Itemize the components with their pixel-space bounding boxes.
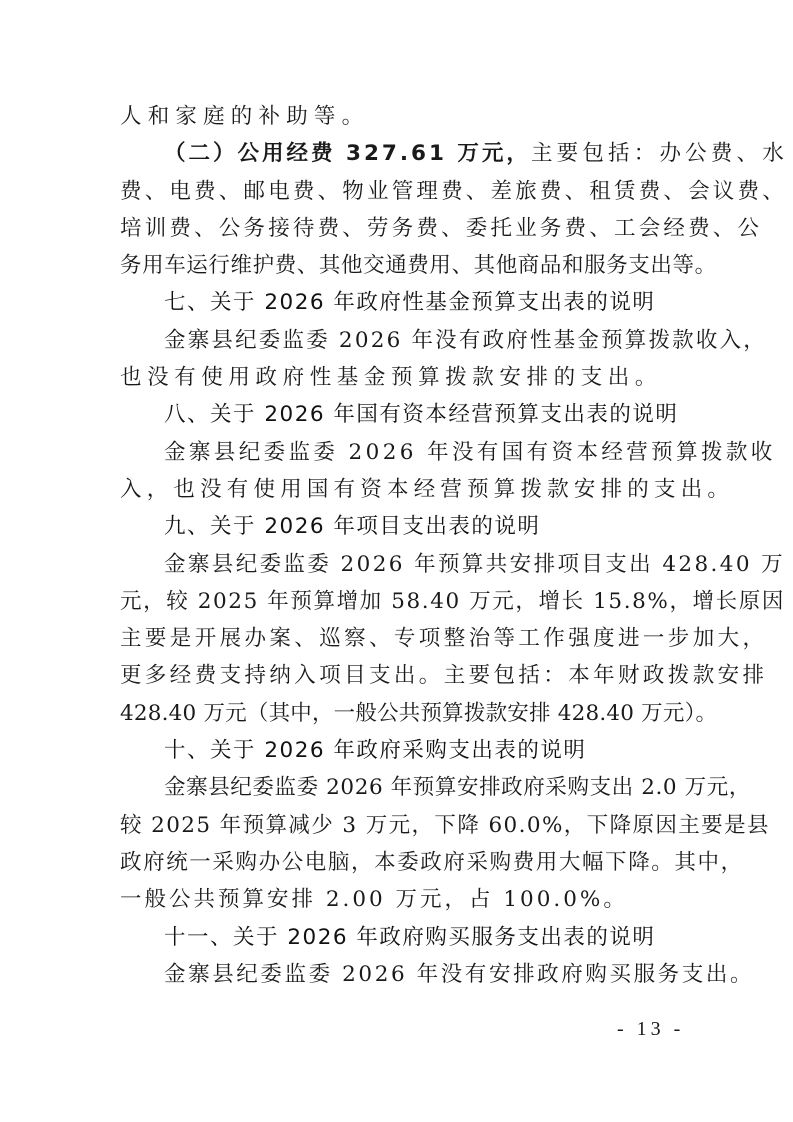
paragraph-line: 政府统一采购办公电脑，本委政府采购费用大幅下降。其中， [120, 844, 676, 881]
section-heading-11: 十一、关于 2026 年政府购买服务支出表的说明 [120, 919, 676, 956]
paragraph-line: 人和家庭的补助等。 [120, 98, 676, 135]
section-heading-8: 八、关于 2026 年国有资本经营预算支出表的说明 [120, 396, 676, 433]
paragraph-text: 主要包括：办公费、水 [531, 141, 788, 166]
paragraph-line: 主要是开展办案、巡察、专项整治等工作强度进一步加大， [120, 620, 676, 657]
section-heading-9: 九、关于 2026 年项目支出表的说明 [120, 508, 676, 545]
paragraph-line: 金寨县纪委监委 2026 年没有安排政府购买服务支出。 [120, 956, 676, 993]
paragraph-line: （二）公用经费 327.61 万元，主要包括：办公费、水 [120, 135, 676, 172]
paragraph-line: 金寨县纪委监委 2026 年预算安排政府采购支出 2.0 万元， [120, 769, 676, 806]
paragraph-line: 务用车运行维护费、其他交通费用、其他商品和服务支出等。 [120, 247, 676, 284]
paragraph-line: 金寨县纪委监委 2026 年预算共安排项目支出 428.40 万 [120, 546, 676, 583]
section-heading-7: 七、关于 2026 年政府性基金预算支出表的说明 [120, 284, 676, 321]
paragraph-line: 一般公共预算安排 2.00 万元，占 100.0%。 [120, 881, 676, 918]
subsection-title: （二）公用经费 327.61 万元， [164, 141, 531, 166]
paragraph-line: 428.40 万元（其中，一般公共预算拨款安排 428.40 万元）。 [120, 695, 676, 732]
paragraph-line: 元，较 2025 年预算增加 58.40 万元，增长 15.8%，增长原因 [120, 583, 676, 620]
paragraph-line: 金寨县纪委监委 2026 年没有政府性基金预算拨款收入， [120, 322, 676, 359]
paragraph-line: 较 2025 年预算减少 3 万元，下降 60.0%，下降原因主要是县 [120, 807, 676, 844]
page-number: - 13 - [617, 1018, 684, 1041]
paragraph-line: 更多经费支持纳入项目支出。主要包括：本年财政拨款安排 [120, 657, 676, 694]
paragraph-line: 也没有使用政府性基金预算拨款安排的支出。 [120, 359, 676, 396]
paragraph-line: 培训费、公务接待费、劳务费、委托业务费、工会经费、公 [120, 210, 676, 247]
paragraph-line: 费、电费、邮电费、物业管理费、差旅费、租赁费、会议费、 [120, 173, 676, 210]
paragraph-line: 入，也没有使用国有资本经营预算拨款安排的支出。 [120, 471, 676, 508]
paragraph-line: 金寨县纪委监委 2026 年没有国有资本经营预算拨款收 [120, 434, 676, 471]
section-heading-10: 十、关于 2026 年政府采购支出表的说明 [120, 732, 676, 769]
document-page-body: 人和家庭的补助等。 （二）公用经费 327.61 万元，主要包括：办公费、水 费… [120, 98, 676, 993]
